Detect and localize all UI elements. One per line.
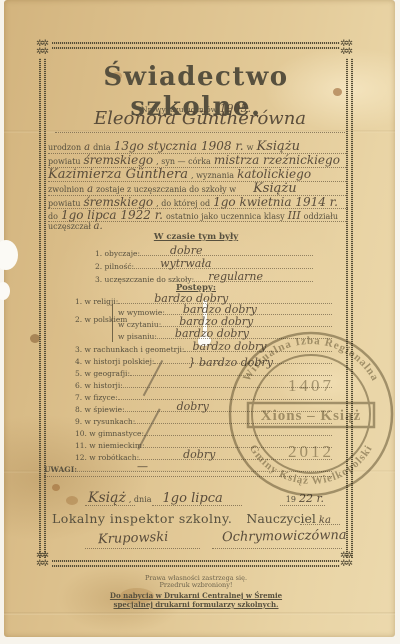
religion-label: , wyznania (191, 171, 234, 180)
archive-stamp: Wirtualna Izba Regionalna Gminy Książ Wi… (226, 329, 396, 499)
father-occupation: mistrza rzeźnickiego (214, 153, 340, 167)
release-text3: oddziału (304, 212, 338, 221)
suffix-underline (300, 516, 340, 525)
attended-label: uczęszczał (48, 222, 91, 231)
birth-place: Książu (256, 139, 300, 154)
conduct-row: 2. pilność: wytrwała (95, 258, 313, 271)
rust-stain (52, 484, 60, 491)
attended-suffix: a. (94, 221, 103, 232)
conduct-value: wytrwała (160, 257, 211, 270)
signature-underline (212, 538, 342, 549)
fill-line: dobre (140, 245, 313, 256)
fill-line: bardzo dobry (165, 304, 332, 315)
release-text2: ostatnio jako uczennica klasy (166, 212, 285, 221)
stamp-center-text: Xions – Książ (261, 408, 362, 424)
fill-line: bardzo dobry (161, 316, 332, 327)
from-label: , do której od (156, 199, 210, 208)
stamp-number-top: 1407 (288, 376, 334, 395)
fill-line: regularne (194, 271, 313, 282)
conduct-value: dobre (170, 244, 202, 257)
footer-line-2: Przedruk wzbroniony! (40, 581, 352, 589)
border-bottom (52, 560, 340, 567)
district-label: powiatu (48, 157, 80, 166)
release-line-3: do 1go lipca 1922 r. ostatnio jako uczen… (48, 208, 348, 222)
release-line-1: zwolniona zostaje z uczęszczania do szko… (48, 181, 348, 196)
conduct-label: 1. obyczaje: (95, 249, 140, 258)
conduct-value: regularne (208, 270, 263, 283)
class-number: III (288, 209, 301, 222)
sub-label: w pisaniu: (118, 332, 157, 341)
district-value-2: śremskiego (83, 195, 153, 209)
corner-ornament (36, 552, 52, 570)
footer-line-3: Do nabycia w Drukarni Centralnej w Śremi… (40, 591, 352, 600)
signature-underline (85, 538, 200, 549)
in-label: w (247, 143, 254, 152)
district-value: śremskiego (83, 153, 153, 167)
border-top (52, 42, 340, 49)
district-label-2: powiatu (48, 199, 80, 208)
released-label: zwolnion (48, 185, 84, 194)
corner-ornament (340, 552, 356, 570)
footer-line-4: specjalnej drukarni formularzy szkolnych… (40, 600, 352, 609)
date-underline (85, 495, 135, 506)
corner-ornament (340, 40, 356, 58)
name-underline (55, 120, 345, 133)
polish-divider (112, 304, 113, 342)
conduct-label: 2. pilność: (95, 262, 134, 271)
date-to: 1go lipca 1922 r. (61, 208, 163, 222)
to-label: do (48, 212, 58, 221)
border-left (39, 58, 46, 558)
scanned-school-certificate: { "header": { "title": "Świadectwo szkol… (0, 0, 400, 644)
religion-value: katolickiego (237, 167, 311, 181)
day-label: dnia (93, 143, 111, 152)
district-line: powiatu śremskiego , syn — córka mistrza… (48, 153, 348, 168)
inspector-label: Lokalny inspektor szkolny. (52, 511, 232, 526)
grade-value: dobry (177, 400, 209, 413)
date-from: 1go kwietnia 1914 r. (213, 195, 338, 209)
child-label: , syn — córka (156, 157, 211, 166)
birth-line: urodzona dnia 13go stycznia 1908 r. w Ks… (48, 139, 348, 154)
grade-value: dobry (183, 448, 215, 461)
born-suffix: a (84, 142, 90, 153)
release-text1: zostaje z uczęszczania do szkoły w (96, 185, 236, 194)
stamp-number-bottom: 2012 (288, 442, 334, 461)
born-label: urodzon (48, 143, 81, 152)
corner-ornament (36, 40, 52, 58)
father-line: Kazimierza Günthera , wyznania katolicki… (48, 167, 348, 182)
release-line-2: powiatu śremskiego , do której od 1go kw… (48, 195, 348, 209)
school-place: Książu (253, 181, 297, 196)
attended-line: uczęszczał a. (48, 221, 103, 232)
conduct-heading: W czasie tym były (40, 232, 352, 242)
released-suffix: a (87, 184, 93, 195)
father-name: Kazimierza Günthera (48, 167, 188, 182)
birth-date: 13go stycznia 1908 r. (114, 139, 244, 153)
fill-line: wytrwała (134, 258, 313, 269)
paper-crease (4, 612, 395, 615)
